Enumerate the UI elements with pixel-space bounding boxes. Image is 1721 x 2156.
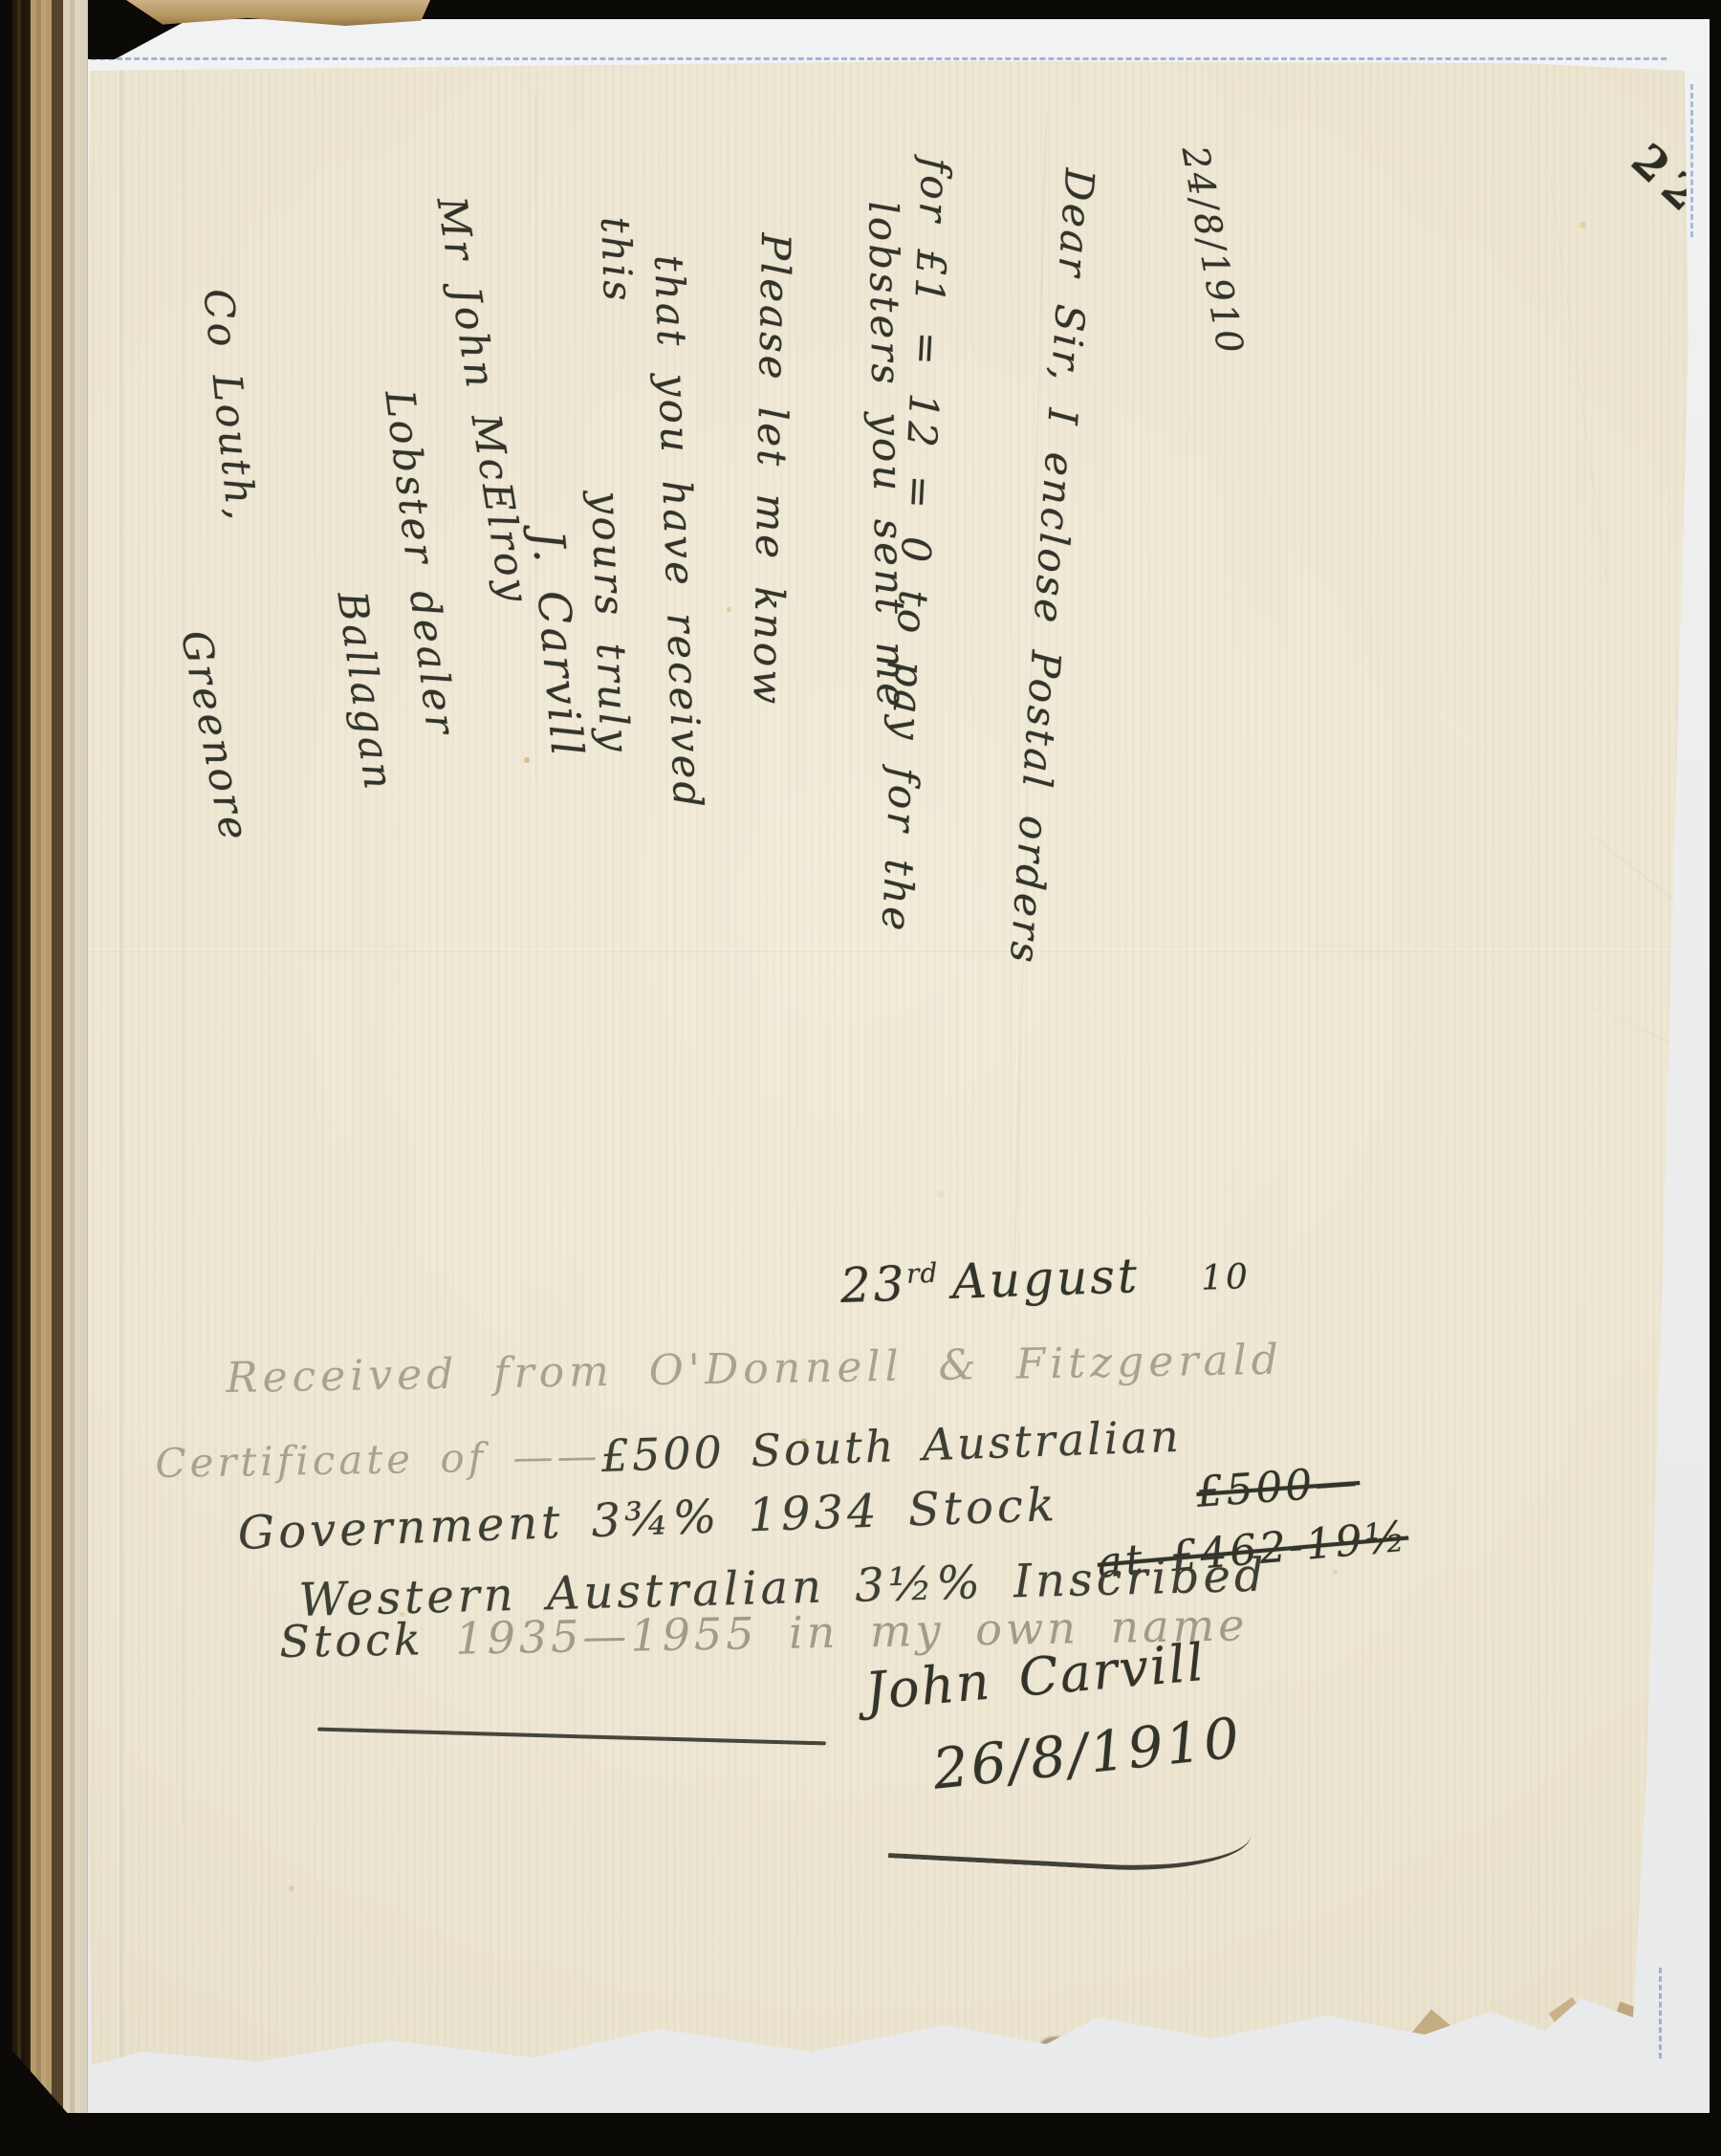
receipt-struck-amount: £500—: [1195, 1461, 1362, 1514]
receipt-date-year: 10: [1200, 1257, 1251, 1298]
letter-line-please: Please let me know: [747, 232, 795, 707]
scanned-ledger-page: 24/8/1910 Dear Sir, I enclose Postal ord…: [0, 0, 1721, 2156]
letter-page: 24/8/1910 Dear Sir, I enclose Postal ord…: [84, 55, 1690, 2073]
letter-line-lobsters: lobsters you sent me: [862, 201, 911, 709]
foxing-spot: [937, 1190, 945, 1198]
receipt-date-ordinal: rd: [906, 1257, 939, 1290]
receipt-stock-word: Stock: [279, 1613, 425, 1667]
letter-line-this: this: [595, 216, 638, 304]
paper-crease: [117, 55, 122, 2073]
receipt-pencil-certificate: Certificate of ——: [155, 1436, 601, 1484]
receipt-date-day: 23: [839, 1256, 908, 1314]
paper-crease: [84, 949, 1690, 952]
foxing-spot: [1579, 222, 1586, 229]
receipt-date-month: August: [951, 1248, 1141, 1310]
book-gutter-pages: [12, 0, 31, 2156]
blue-rule-line-right-top: [1690, 84, 1693, 237]
book-gutter-edge-tan: [31, 0, 52, 2156]
foxing-spot: [727, 607, 731, 612]
foxing-spot: [289, 1885, 294, 1891]
blue-rule-line-top: [91, 57, 1667, 60]
book-gutter-shadow: [0, 0, 12, 2156]
foxing-spot: [524, 757, 530, 763]
book-gutter-edge-dark: [52, 0, 63, 2156]
blue-rule-line-right-bottom: [1659, 1968, 1662, 2058]
foxing-spot: [1333, 1570, 1338, 1575]
letter-line-valediction: yours truly: [585, 490, 635, 755]
paper-crease: [180, 55, 184, 1824]
scanner-background-bottom: [0, 2113, 1721, 2156]
book-gutter-page-stack: [63, 0, 88, 2156]
